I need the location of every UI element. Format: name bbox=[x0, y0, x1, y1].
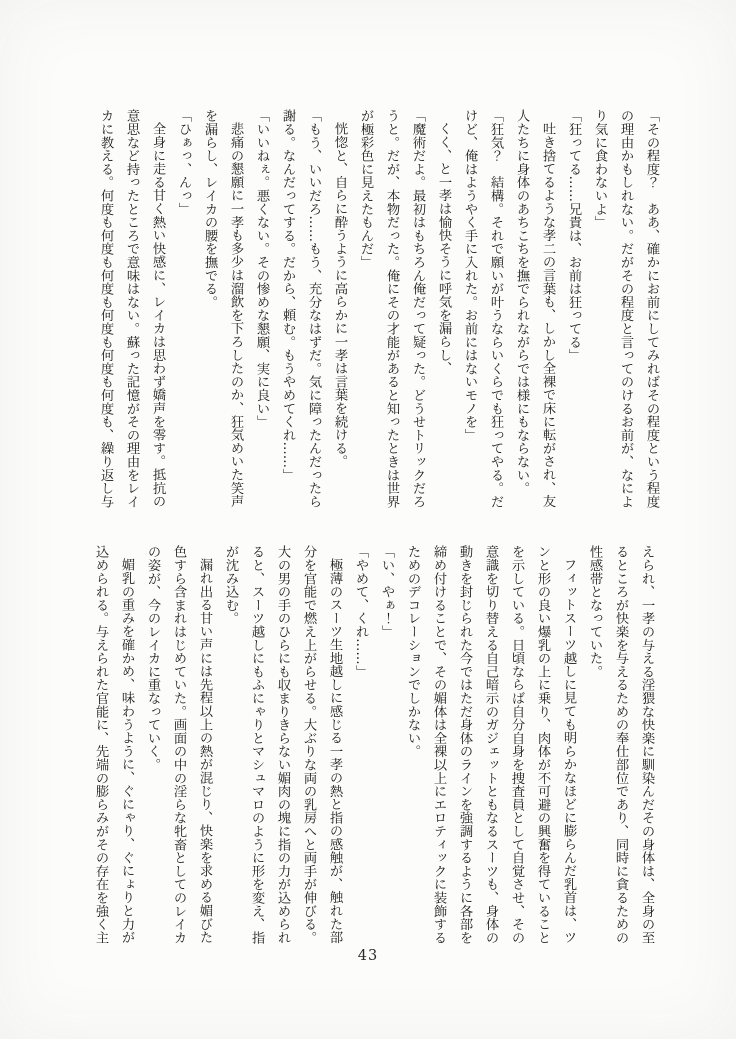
bottom-text-block: えられ、一孝の与える淫猥な快楽に馴染んだその身体は、全身の至るところが快楽を与え… bbox=[87, 545, 659, 945]
paragraph: 漏れ出る甘い声には先程以上の熱が混じり、快楽を求める媚びた色すら含まれはじめてい… bbox=[139, 545, 217, 945]
paragraph: 吐き捨てるような孝二の言葉も、しかし全裸で床に転がされ、友人たちに身体のあちこち… bbox=[508, 109, 560, 509]
paragraph: えられ、一孝の与える淫猥な快楽に馴染んだその身体は、全身の至るところが快楽を与え… bbox=[581, 545, 659, 945]
paragraph: フィットスーツ越しに見ても明らかなほどに膨らんだ乳首は、ツンと形の良い爆乳の上に… bbox=[399, 545, 581, 945]
paragraph: 「狂気？ 結構。それで願いが叶うならいくらでも狂ってやる。だけど、俺はようやく手… bbox=[456, 109, 508, 509]
paragraph: 全身に走る甘く熱い快感に、レイカは思わず嬌声を零す。抵抗の意思など持ったところで… bbox=[92, 109, 170, 509]
paragraph: 「魔術だよ。最初はもちろん俺だって疑った。どうせトリックだろうと。だが、本物だっ… bbox=[352, 109, 430, 509]
paragraph: 悲痛の懇願に一孝も多少は溜飲を下ろしたのか、狂気めいた笑声を漏らし、レイカの腰を… bbox=[196, 109, 248, 509]
paragraph: くく、と一孝は愉快そうに呼気を漏らし、 bbox=[430, 109, 456, 509]
paragraph: 媚乳の重みを確かめ、味わうように、ぐにゃり、ぐにょりと力が込められる。与えられた… bbox=[87, 545, 139, 945]
paragraph: 「い、やぁ！」 bbox=[373, 545, 399, 945]
top-text-block: 「その程度？ ああ、確かにお前にしてみればその程度という程度の理由かもしれない。… bbox=[92, 109, 664, 509]
paragraph: 「その程度？ ああ、確かにお前にしてみればその程度という程度の理由かもしれない。… bbox=[586, 109, 664, 509]
paragraph: 極薄のスーツ生地越しに感じる一孝の熱と指の感触が、触れた部分を官能で燃え上がらせ… bbox=[217, 545, 347, 945]
scanned-novel-page: 「その程度？ ああ、確かにお前にしてみればその程度という程度の理由かもしれない。… bbox=[0, 0, 736, 1039]
paragraph: 「やめて、くれ……」 bbox=[347, 545, 373, 945]
page-number: 43 bbox=[0, 948, 736, 964]
paragraph: 「ひぁっ、んっ」 bbox=[170, 109, 196, 509]
paragraph: 「もう、いいだろ……もう、充分なはずだ。気に障ったんだったら謝る。なんだってする… bbox=[274, 109, 326, 509]
paragraph: 恍惚と、自らに酔うように高らかに一孝は言葉を続ける。 bbox=[326, 109, 352, 509]
paragraph: 「狂ってる……兄貴は、お前は狂ってる」 bbox=[560, 109, 586, 509]
paragraph: 「いいねぇ。悪くない。その惨めな懇願、実に良い」 bbox=[248, 109, 274, 509]
